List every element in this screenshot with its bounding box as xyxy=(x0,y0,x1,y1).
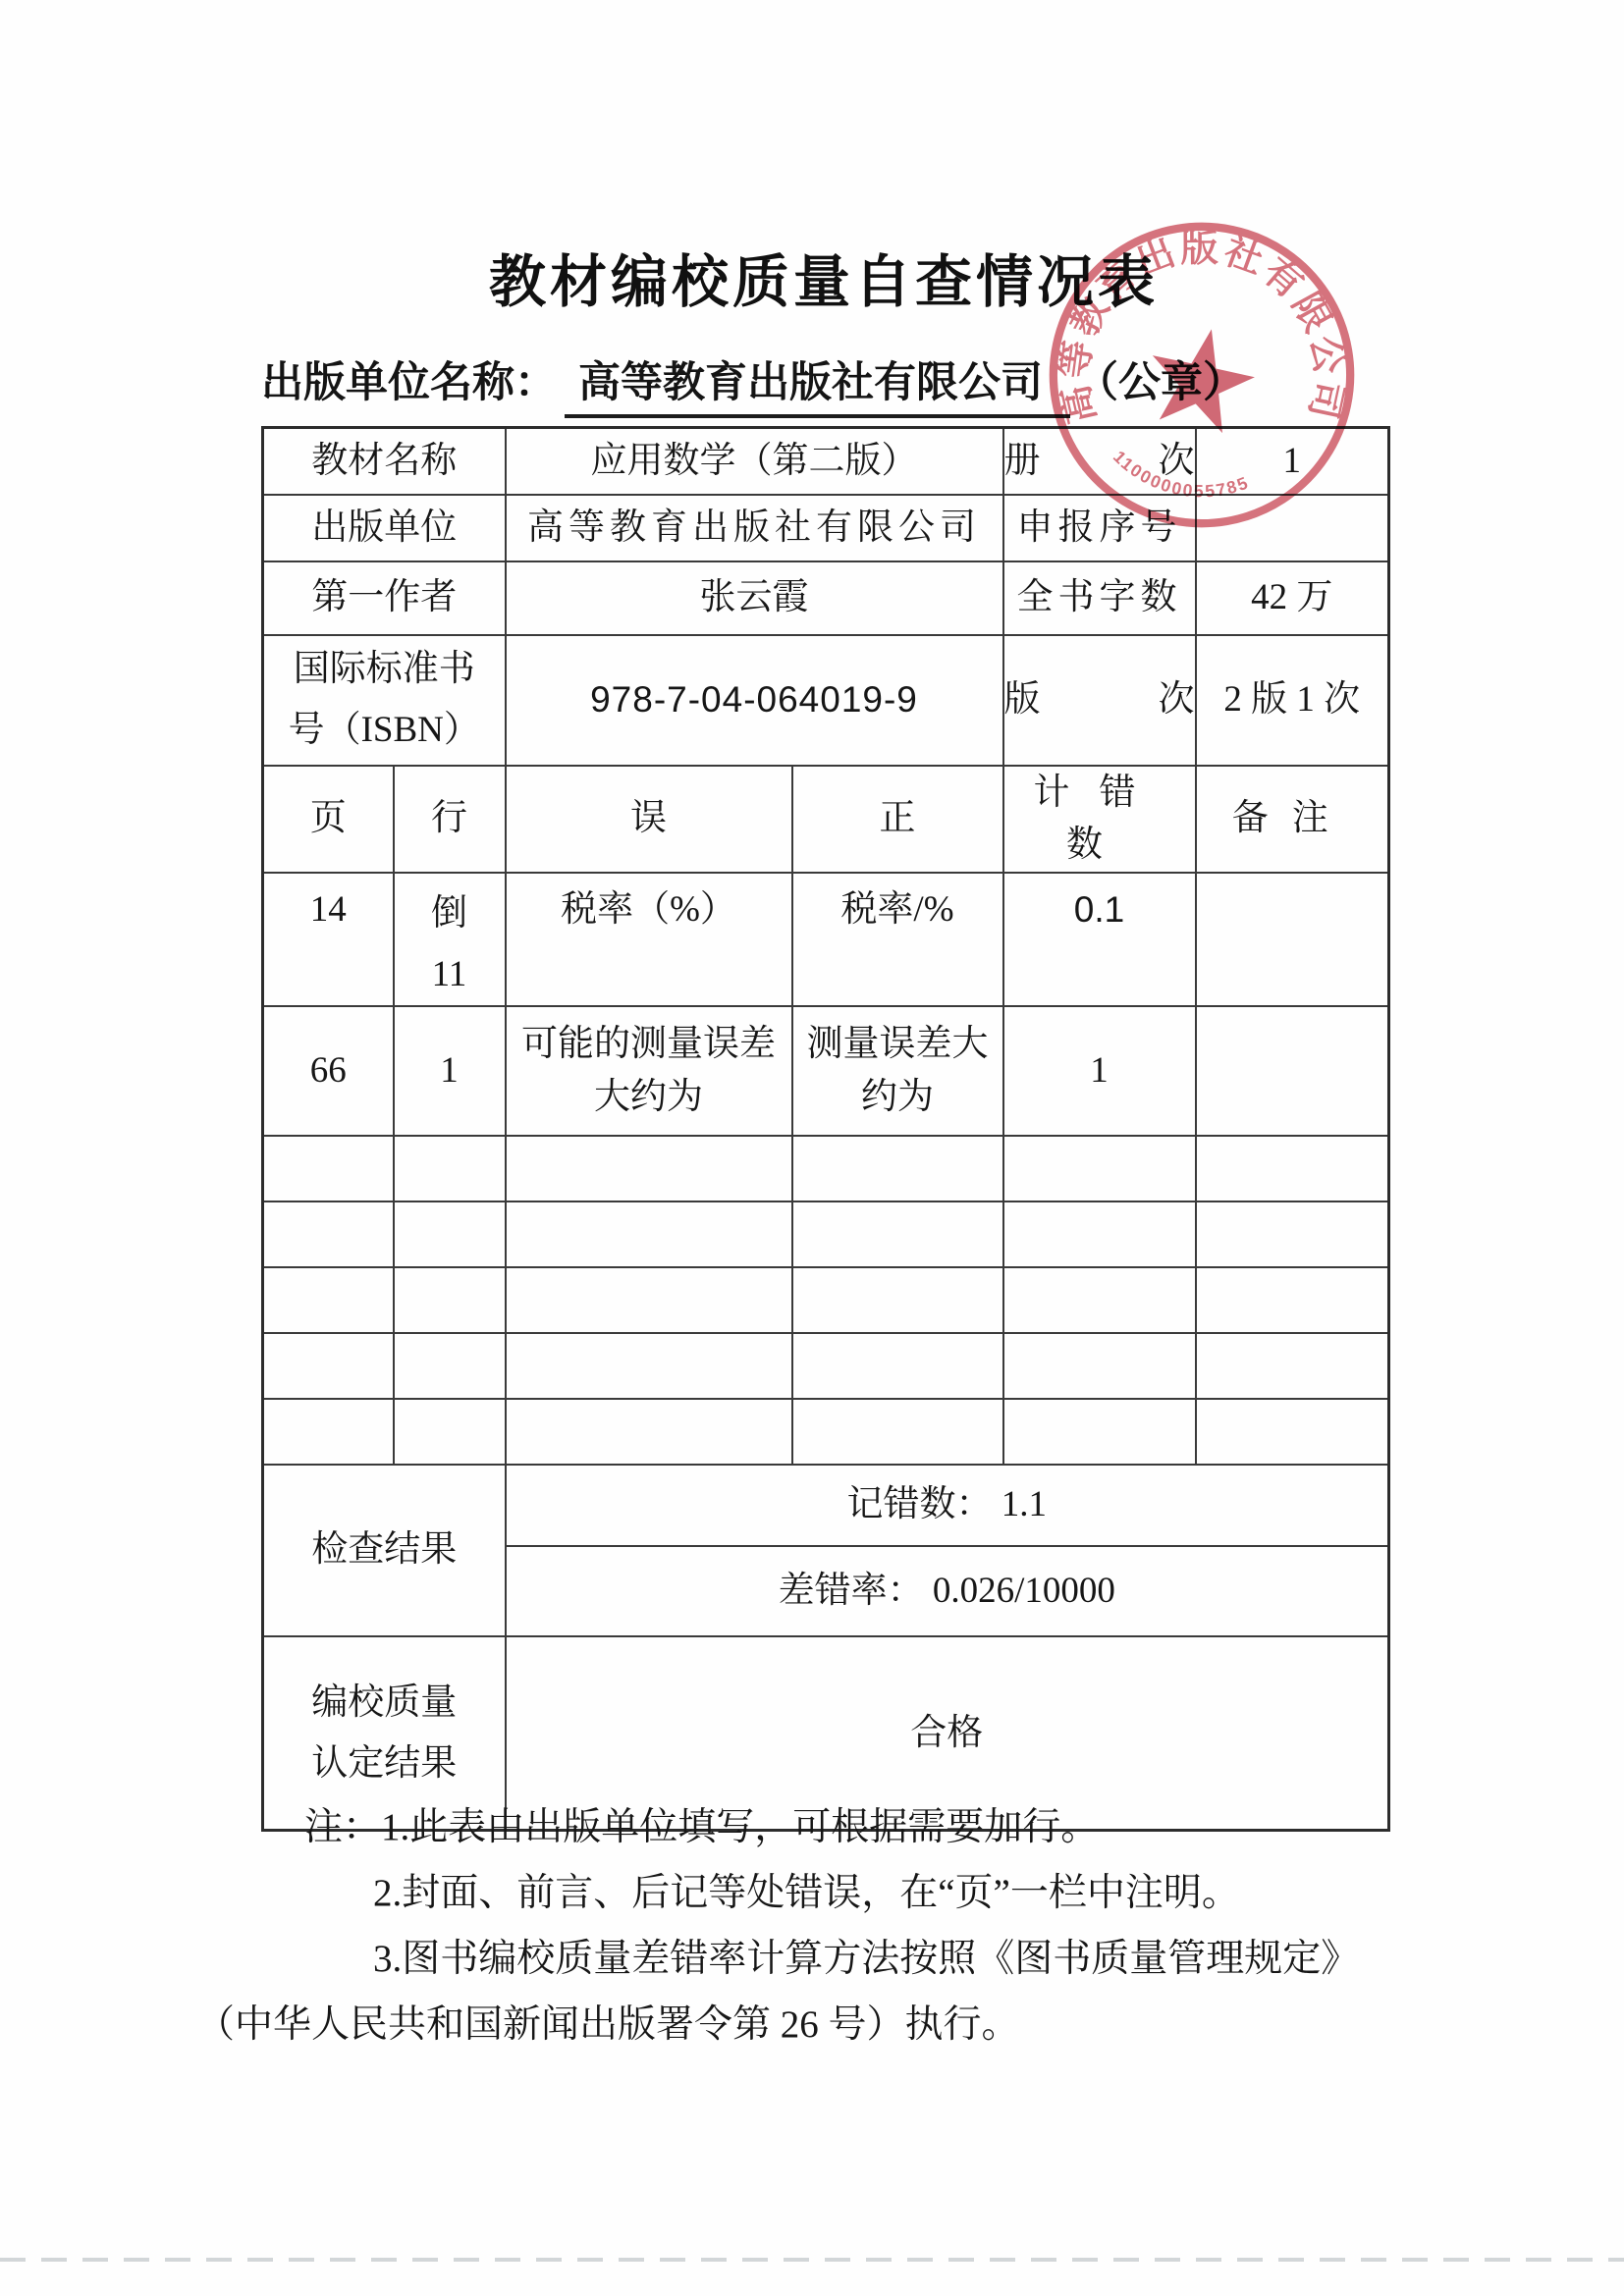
header-right: 正 xyxy=(792,766,1003,873)
empty-cell xyxy=(263,1267,394,1333)
empty-cell xyxy=(1196,1399,1389,1465)
footnotes: 注：1.此表由出版单位填写，可根据需要加行。 2.封面、前言、后记等处错误，在“… xyxy=(0,1794,1624,2057)
cell-remarks xyxy=(1196,873,1389,1006)
empty-cell xyxy=(394,1333,506,1399)
footnote-3-continuation: （中华人民共和国新闻出版署令第 26 号）执行。 xyxy=(0,1992,1624,2057)
errata-empty-row xyxy=(263,1267,1389,1333)
cell-error-count: 0.1 xyxy=(1003,873,1196,1006)
errata-row: 66 1 可能的测量误差大约为 测量误差大约为 1 xyxy=(263,1006,1389,1136)
cell-publisher-value: 高等教育出版社有限公司 xyxy=(506,495,1003,561)
cell-textbook-name-value: 应用数学（第二版） xyxy=(506,428,1003,495)
table-row: 国际标准书 号（ISBN） 978-7-04-064019-9 版次 2 版 1… xyxy=(263,635,1389,766)
cell-textbook-name-label: 教材名称 xyxy=(263,428,506,495)
header-error-count: 计错数 xyxy=(1003,766,1196,873)
table-row: 教材名称 应用数学（第二版） 册次 1 xyxy=(263,428,1389,495)
empty-cell xyxy=(263,1333,394,1399)
cell-publisher-label: 出版单位 xyxy=(263,495,506,561)
empty-cell xyxy=(792,1267,1003,1333)
table-row: 出版单位 高等教育出版社有限公司 申报序号 xyxy=(263,495,1389,561)
errata-empty-row xyxy=(263,1333,1389,1399)
cell-first-author-label: 第一作者 xyxy=(263,561,506,635)
empty-cell xyxy=(394,1267,506,1333)
footnote-2: 2.封面、前言、后记等处错误，在“页”一栏中注明。 xyxy=(0,1860,1624,1926)
empty-cell xyxy=(394,1399,506,1465)
empty-cell xyxy=(394,1136,506,1201)
empty-cell xyxy=(506,1399,792,1465)
cell-edition-value: 2 版 1 次 xyxy=(1196,635,1389,766)
header-page: 页 xyxy=(263,766,394,873)
empty-cell xyxy=(1196,1267,1389,1333)
cell-edition-label: 版次 xyxy=(1003,635,1196,766)
cell-error-count: 1 xyxy=(1003,1006,1196,1136)
errata-empty-row xyxy=(263,1399,1389,1465)
empty-cell xyxy=(792,1333,1003,1399)
empty-cell xyxy=(1003,1333,1196,1399)
cell-error-total: 记错数： 1.1 xyxy=(506,1465,1389,1546)
empty-cell xyxy=(1003,1399,1196,1465)
cell-line: 倒 11 xyxy=(394,873,506,1006)
cell-check-result-label: 检查结果 xyxy=(263,1465,506,1636)
empty-cell xyxy=(1196,1333,1389,1399)
cell-volume-value: 1 xyxy=(1196,428,1389,495)
scanned-form-page: 教材编校质量自查情况表 出版单位名称：高等教育出版社有限公司（公章） 教材名称 … xyxy=(0,0,1624,2296)
cell-isbn-value: 978-7-04-064019-9 xyxy=(506,635,1003,766)
empty-cell xyxy=(1196,1136,1389,1201)
cell-application-no-label: 申报序号 xyxy=(1003,495,1196,561)
page-title: 教材编校质量自查情况表 xyxy=(0,236,1624,318)
cell-remarks xyxy=(1196,1006,1389,1136)
publisher-name-label: 出版单位名称： xyxy=(261,359,557,406)
table-row: 第一作者 张云霞 全书字数 42 万 xyxy=(263,561,1389,635)
footnote-3: 3.图书编校质量差错率计算方法按照《图书质量管理规定》 xyxy=(0,1926,1624,1992)
errata-empty-row xyxy=(263,1201,1389,1267)
header-wrong: 误 xyxy=(506,766,792,873)
empty-cell xyxy=(506,1333,792,1399)
cell-wrong: 税率（%） xyxy=(506,873,792,1006)
empty-cell xyxy=(263,1201,394,1267)
cell-page: 66 xyxy=(263,1006,394,1136)
cell-volume-label: 册次 xyxy=(1003,428,1196,495)
publisher-name-line: 出版单位名称：高等教育出版社有限公司（公章） xyxy=(261,349,1245,418)
errata-header-row: 页 行 误 正 计错数 备注 xyxy=(263,766,1389,873)
errata-empty-row xyxy=(263,1136,1389,1201)
inspection-form-table: 教材名称 应用数学（第二版） 册次 1 出版单位 高等教育出版社有限公司 申报序… xyxy=(261,426,1390,1832)
cell-isbn-label: 国际标准书 号（ISBN） xyxy=(263,635,506,766)
official-seal-note: （公章） xyxy=(1076,349,1245,409)
cell-wrong: 可能的测量误差大约为 xyxy=(506,1006,792,1136)
empty-cell xyxy=(1003,1267,1196,1333)
empty-cell xyxy=(506,1136,792,1201)
errata-row: 14 倒 11 税率（%） 税率/% 0.1 xyxy=(263,873,1389,1006)
empty-cell xyxy=(506,1201,792,1267)
empty-cell xyxy=(506,1267,792,1333)
publisher-name-value: 高等教育出版社有限公司 xyxy=(565,349,1070,418)
summary-row: 检查结果 记错数： 1.1 xyxy=(263,1465,1389,1546)
scanner-artifact-line xyxy=(0,2258,1624,2262)
empty-cell xyxy=(394,1201,506,1267)
cell-application-no-value xyxy=(1196,495,1389,561)
cell-line: 1 xyxy=(394,1006,506,1136)
cell-error-rate: 差错率： 0.026/10000 xyxy=(506,1546,1389,1636)
empty-cell xyxy=(1003,1136,1196,1201)
cell-right: 测量误差大约为 xyxy=(792,1006,1003,1136)
empty-cell xyxy=(792,1399,1003,1465)
cell-word-count-value: 42 万 xyxy=(1196,561,1389,635)
header-remarks: 备注 xyxy=(1196,766,1389,873)
empty-cell xyxy=(263,1136,394,1201)
cell-right: 税率/% xyxy=(792,873,1003,1006)
cell-first-author-value: 张云霞 xyxy=(506,561,1003,635)
empty-cell xyxy=(263,1399,394,1465)
cell-word-count-label: 全书字数 xyxy=(1003,561,1196,635)
header-line: 行 xyxy=(394,766,506,873)
cell-page: 14 xyxy=(263,873,394,1006)
empty-cell xyxy=(1003,1201,1196,1267)
empty-cell xyxy=(792,1136,1003,1201)
empty-cell xyxy=(1196,1201,1389,1267)
footnote-1: 注：1.此表由出版单位填写，可根据需要加行。 xyxy=(0,1794,1624,1860)
empty-cell xyxy=(792,1201,1003,1267)
